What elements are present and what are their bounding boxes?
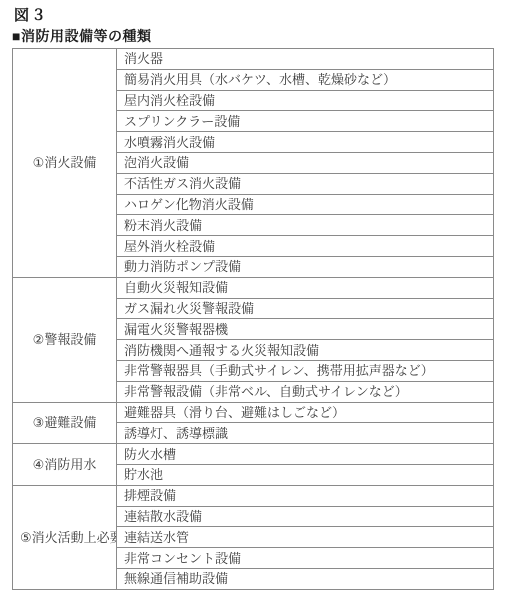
item-cell: 自動火災報知設備 [117,277,494,298]
table-row: ④消防用水 防火水槽 [13,444,494,465]
table-row: ②警報設備 自動火災報知設備 [13,277,494,298]
equipment-table: ①消火設備 消火器 簡易消火用具（水バケツ、水槽、乾燥砂など） 屋内消火栓設備 … [12,48,494,590]
item-cell: 貯水池 [117,464,494,485]
category-cell-water-supply: ④消防用水 [13,444,117,486]
item-cell: 連結送水管 [117,527,494,548]
item-cell: 非常警報設備（非常ベル、自動式サイレンなど） [117,381,494,402]
item-cell: 屋外消火栓設備 [117,236,494,257]
item-cell: 排煙設備 [117,485,494,506]
item-cell: 避難器具（滑り台、避難はしごなど） [117,402,494,423]
item-cell: 水噴霧消火設備 [117,132,494,153]
category-cell-evacuation: ③避難設備 [13,402,117,444]
table-row: ⑤消火活動上必要な施設 排煙設備 [13,485,494,506]
table-title: ■消防用設備等の種類 [12,28,495,44]
table-row: ①消火設備 消火器 [13,49,494,70]
item-cell: スプリンクラー設備 [117,111,494,132]
item-cell: 非常コンセント設備 [117,548,494,569]
item-cell: 誘導灯、誘導標識 [117,423,494,444]
document-page: 図３ ■消防用設備等の種類 ①消火設備 消火器 簡易消火用具（水バケツ、水槽、乾… [0,0,506,590]
item-cell: 動力消防ポンプ設備 [117,256,494,277]
category-cell-alarm: ②警報設備 [13,277,117,402]
item-cell: 不活性ガス消火設備 [117,173,494,194]
item-cell: ガス漏れ火災警報設備 [117,298,494,319]
item-cell: 粉末消火設備 [117,215,494,236]
item-cell: 連結散水設備 [117,506,494,527]
item-cell: 非常警報器具（手動式サイレン、携帯用拡声器など） [117,360,494,381]
item-cell: 消火器 [117,49,494,70]
item-cell: 泡消火設備 [117,152,494,173]
figure-label: 図３ [14,7,495,24]
item-cell: 簡易消火用具（水バケツ、水槽、乾燥砂など） [117,69,494,90]
table-row: ③避難設備 避難器具（滑り台、避難はしごなど） [13,402,494,423]
item-cell: 無線通信補助設備 [117,568,494,589]
item-cell: ハロゲン化物消火設備 [117,194,494,215]
item-cell: 屋内消火栓設備 [117,90,494,111]
category-cell-firefighting-support: ⑤消火活動上必要な施設 [13,485,117,589]
item-cell: 防火水槽 [117,444,494,465]
category-cell-fire-extinguishing: ①消火設備 [13,49,117,278]
item-cell: 漏電火災警報器機 [117,319,494,340]
item-cell: 消防機関へ通報する火災報知設備 [117,340,494,361]
